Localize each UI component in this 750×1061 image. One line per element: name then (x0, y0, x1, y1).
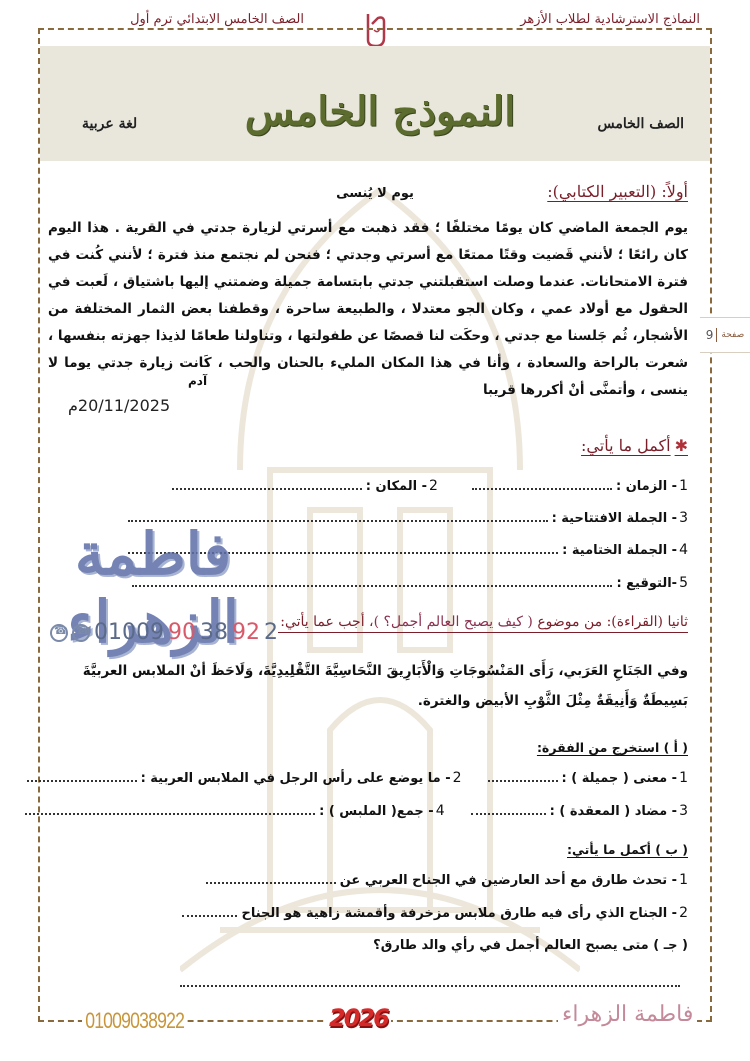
page-number-tab: صفحة 9 (700, 317, 750, 353)
footer-brand-logo: فاطمة الزهراء (558, 1002, 697, 1027)
subject-label: لغة عربية (82, 116, 137, 132)
footer-phone: 01009038922 (82, 1008, 187, 1034)
brand-stamp: فاطمة الزهراء 010099038922 (48, 520, 268, 645)
page-label: صفحة (721, 330, 744, 340)
essay-body: يوم الجمعة الماضي كان يومًا مختلفًا ؛ فق… (48, 215, 688, 404)
item-label: - الجناح الذي رأى فيه طارق ملابس مزخرفة … (241, 906, 677, 921)
item-label: - معنى ( جميلة ) : (562, 771, 678, 786)
phone-highlight: 90 (168, 620, 196, 645)
reading-topic: ( كيف يصبح العالم أجمل؟ ) (374, 614, 533, 630)
item-number: 5 (679, 575, 688, 591)
page-number: 9 (706, 328, 718, 342)
whatsapp-icon (72, 624, 90, 642)
part-a-item-3: 3 - مضاد ( المعقدة ) : 4 - جمع( الملبس )… (21, 803, 688, 819)
grade-term-label: الصف الخامس الابتدائي ترم أول (126, 12, 308, 27)
phone-highlight-2: 92 (232, 620, 260, 645)
item-label: - الزمان : (616, 479, 677, 494)
answer-blank-plural[interactable] (25, 813, 315, 815)
item-label: - الجملة الافتتاحية : (552, 511, 678, 526)
item-number: 2 (453, 770, 462, 786)
answer-blank-topic[interactable] (206, 882, 336, 884)
item-number: 3 (679, 510, 688, 526)
essay-date: 20/11/2025م (68, 396, 170, 415)
essay-title: يوم لا يُنسى (0, 186, 750, 201)
phone-tail: 2 (264, 620, 278, 645)
phone-icon (50, 624, 68, 642)
answer-blank-antonym[interactable] (471, 813, 546, 815)
phone-mid: 38 (200, 620, 228, 645)
essay-signature: آدم (188, 374, 207, 388)
answer-blank-meaning[interactable] (488, 780, 558, 782)
item-number: 1 (679, 770, 688, 786)
reading-passage: وفي الجَنَاحِ العَرَبي، رَأَى المَنْسُوج… (38, 656, 688, 716)
complete-item-1: 1 - الزمان : 2 - المكان : (168, 478, 688, 494)
item-number: 1 (679, 478, 688, 494)
item-label: - مضاد ( المعقدة ) : (550, 804, 677, 819)
grade-label: الصف الخامس (598, 116, 684, 132)
item-label: - تحدث طارق مع أحد العارضين في الجناح ال… (340, 873, 677, 888)
item-number: 1 (679, 872, 688, 888)
section-reading-heading: ثانيا (القراءة): من موضوع ( كيف يصبح الع… (278, 614, 688, 633)
part-a-item-1: 1 - معنى ( جميلة ) : 2 - ما يوضع على رأس… (23, 770, 688, 786)
phone-prefix: 01009 (94, 620, 164, 645)
item-number: 4 (436, 803, 445, 819)
footer-year: 2026 (326, 1004, 391, 1032)
part-b-heading: ( ب ) أكمل ما يأتي: (567, 842, 688, 857)
answer-blank-pavilion[interactable] (182, 915, 237, 917)
complete-heading: ✱أكمل ما يأتي: (581, 436, 688, 455)
reading-heading-prefix: ثانيا (القراءة): من موضوع (537, 614, 688, 630)
reading-heading-suffix: ، أجب عما يأتي: (280, 614, 373, 630)
item-label: -التوقيع : (616, 576, 677, 591)
answer-blank-time[interactable] (472, 488, 612, 490)
star-icon: ✱ (675, 436, 688, 455)
answer-blank-headwear[interactable] (27, 780, 137, 782)
complete-heading-text: أكمل ما يأتي: (581, 436, 671, 455)
item-number: 2 (429, 478, 438, 494)
part-b-item-1: 1 - تحدث طارق مع أحد العارضين في الجناح … (202, 872, 688, 888)
part-b-item-2: 2 - الجناح الذي رأى فيه طارق ملابس مزخرف… (178, 905, 688, 921)
item-label: - المكان : (366, 479, 427, 494)
answer-blank-place[interactable] (172, 488, 362, 490)
item-number: 4 (679, 542, 688, 558)
part-c-question: ( جـ ) متى يصبح العالم أجمل في رأي والد … (373, 938, 688, 953)
part-a-heading: ( أ ) استخرج من الفقرة: (537, 740, 688, 755)
page-title: النموذج الخامس (230, 88, 530, 135)
brand-phone: 010099038922 (50, 620, 278, 645)
item-label: - الجملة الختامية : (562, 543, 677, 558)
item-label: - جمع( الملبس ) : (319, 804, 434, 819)
item-number: 3 (679, 803, 688, 819)
item-label: - ما يوضع على رأس الرجل في الملابس العرب… (141, 771, 451, 786)
series-title: النماذج الاسترشادية لطلاب الأزهر (516, 12, 704, 27)
answer-blank-part-c[interactable] (180, 985, 680, 987)
item-number: 2 (679, 905, 688, 921)
part-c-text: ( جـ ) متى يصبح العالم أجمل في رأي والد … (373, 938, 688, 953)
